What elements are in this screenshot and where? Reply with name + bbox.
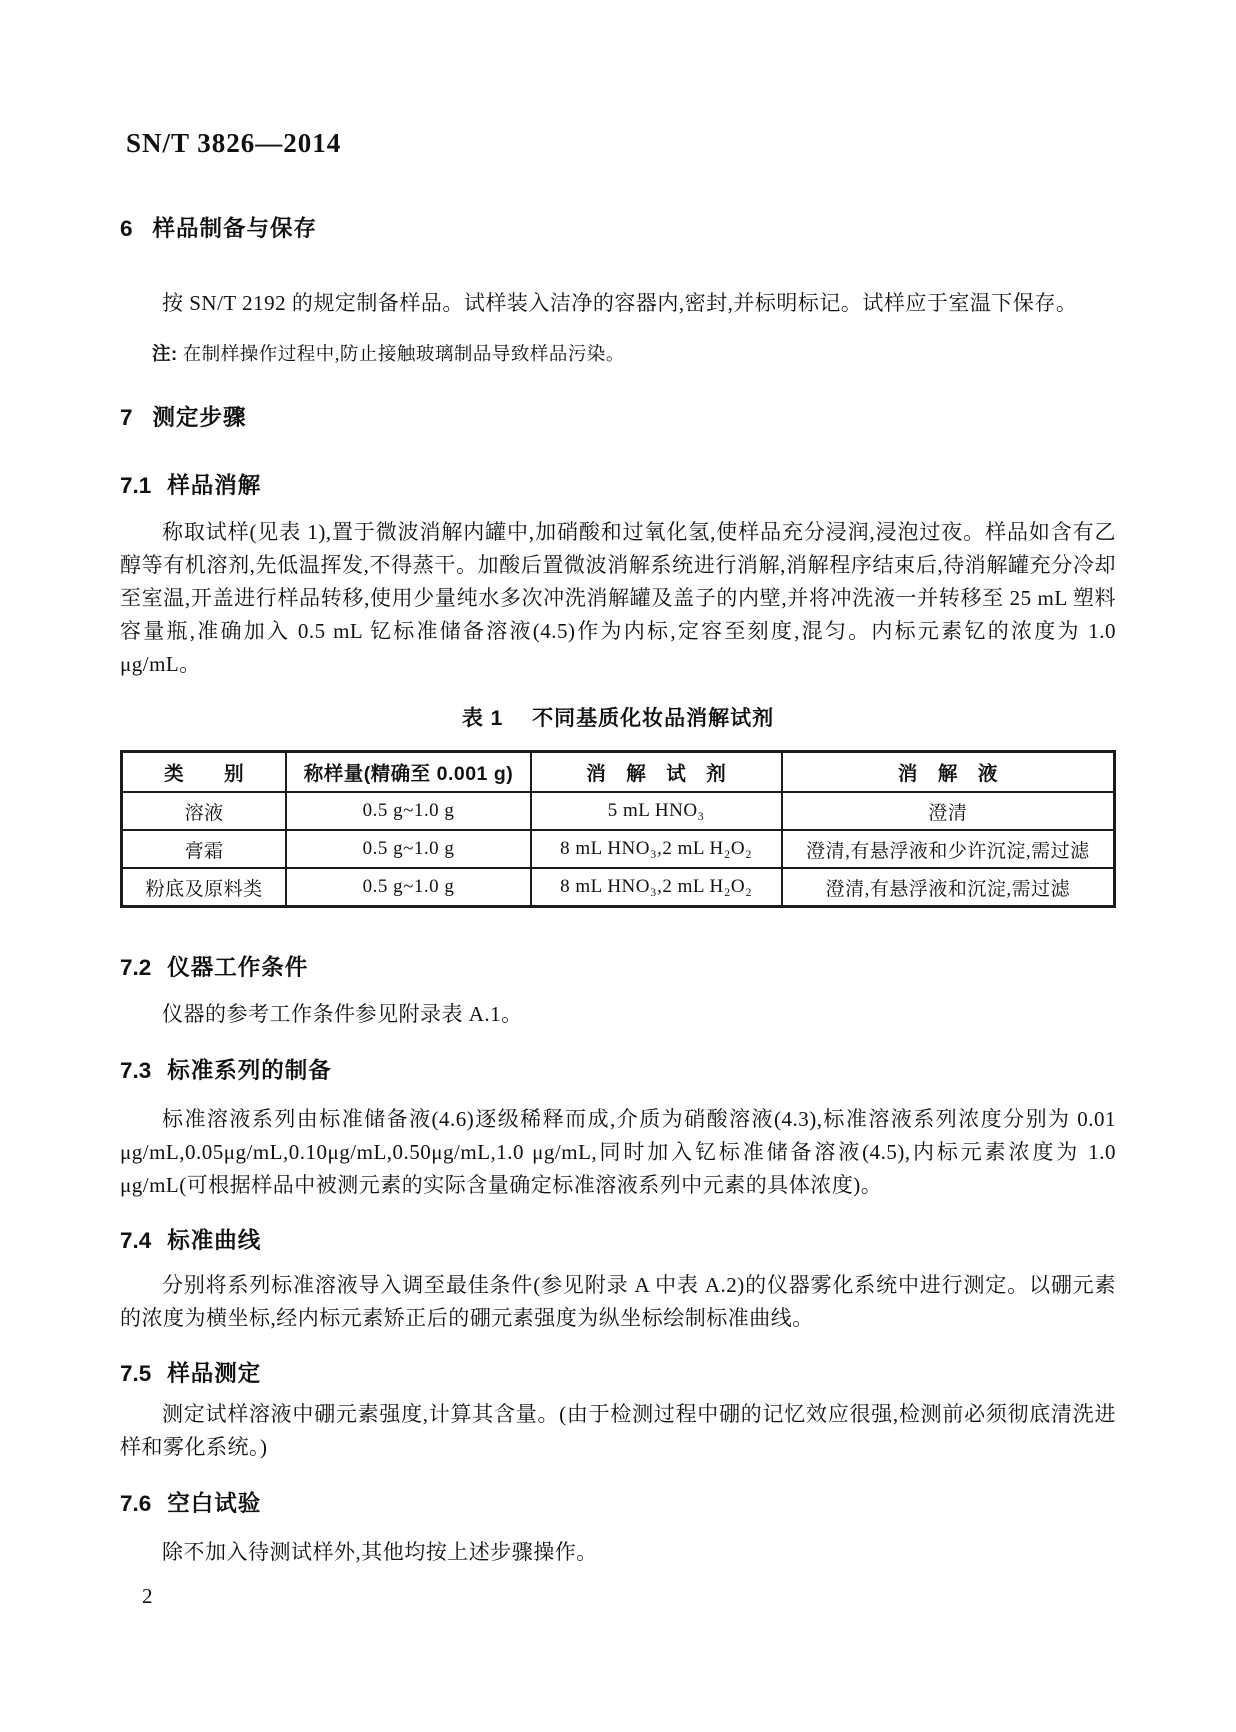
table-header-cell: 类 别	[122, 752, 287, 793]
section-7-1-heading: 7.1 样品消解	[120, 468, 1116, 500]
section-title: 仪器工作条件	[167, 950, 308, 982]
table-cell: 粉底及原料类	[122, 868, 287, 907]
table-caption-text: 不同基质化妆品消解试剂	[532, 707, 774, 730]
table-cell: 澄清,有悬浮液和少许沉淀,需过滤	[782, 830, 1115, 868]
section-number: 7.3	[120, 1058, 151, 1084]
section-number: 7.4	[120, 1228, 151, 1254]
table-cell: 澄清	[782, 792, 1115, 830]
section-number: 7.2	[120, 955, 151, 981]
section-title: 样品消解	[167, 468, 261, 500]
section-7-4-heading: 7.4 标准曲线	[120, 1223, 1116, 1255]
section-7-4-paragraph: 分别将系列标准溶液导入调至最佳条件(参见附录 A 中表 A.2)的仪器雾化系统中…	[120, 1269, 1116, 1335]
table-header-cell: 称样量(精确至 0.001 g)	[286, 752, 530, 793]
section-7-5-paragraph: 测定试样溶液中硼元素强度,计算其含量。(由于检测过程中硼的记忆效应很强,检测前必…	[120, 1398, 1116, 1464]
section-7-2-heading: 7.2 仪器工作条件	[120, 950, 1116, 982]
section-7-3-heading: 7.3 标准系列的制备	[120, 1053, 1116, 1085]
table-header-cell: 消 解 试 剂	[531, 752, 782, 793]
section-7-6-paragraph: 除不加入待测试样外,其他均按上述步骤操作。	[120, 1536, 1116, 1569]
table-cell: 0.5 g~1.0 g	[286, 868, 530, 907]
section-number: 6	[120, 216, 133, 242]
section-6-paragraph: 按 SN/T 2192 的规定制备样品。试样装入洁净的容器内,密封,并标明标记。…	[120, 287, 1116, 320]
table-1-caption: 表 1 不同基质化妆品消解试剂	[120, 702, 1116, 732]
table-cell: 8 mL HNO₃,2 mL H₂O₂	[531, 868, 782, 907]
table-cell: 膏霜	[122, 830, 287, 868]
section-number: 7	[120, 405, 133, 431]
section-number: 7.1	[120, 473, 151, 499]
section-6-note: 注: 在制样操作过程中,防止接触玻璃制品导致样品污染。	[152, 341, 1116, 368]
section-number: 7.5	[120, 1361, 151, 1387]
section-7-1-paragraph: 称取试样(见表 1),置于微波消解内罐中,加硝酸和过氧化氢,使样品充分浸润,浸泡…	[120, 516, 1116, 681]
page-number: 2	[142, 1584, 153, 1609]
section-title: 空白试验	[167, 1486, 261, 1518]
page-content: SN/T 3826—2014 6 样品制备与保存 按 SN/T 2192 的规定…	[120, 0, 1116, 1590]
note-text: 在制样操作过程中,防止接触玻璃制品导致样品污染。	[183, 345, 625, 365]
doc-code: SN/T 3826—2014	[126, 128, 1116, 159]
table-row: 膏霜 0.5 g~1.0 g 8 mL HNO₃,2 mL H₂O₂ 澄清,有悬…	[122, 830, 1115, 868]
section-7-5-heading: 7.5 样品测定	[120, 1356, 1116, 1388]
table-row: 粉底及原料类 0.5 g~1.0 g 8 mL HNO₃,2 mL H₂O₂ 澄…	[122, 868, 1115, 907]
table-cell: 溶液	[122, 792, 287, 830]
section-title: 标准系列的制备	[167, 1053, 332, 1085]
table-header-row: 类 别 称样量(精确至 0.001 g) 消 解 试 剂 消 解 液	[122, 752, 1115, 793]
section-number: 7.6	[120, 1491, 151, 1517]
section-title: 标准曲线	[167, 1223, 261, 1255]
note-label: 注:	[152, 343, 178, 364]
section-title: 样品制备与保存	[153, 211, 318, 243]
document-page: SN/T 3826—2014 6 样品制备与保存 按 SN/T 2192 的规定…	[0, 0, 1236, 1732]
table-cell: 0.5 g~1.0 g	[286, 830, 530, 868]
table-header-cell: 消 解 液	[782, 752, 1115, 793]
table-1: 类 别 称样量(精确至 0.001 g) 消 解 试 剂 消 解 液 溶液 0.…	[120, 750, 1116, 908]
section-title: 测定步骤	[153, 400, 247, 432]
table-cell: 0.5 g~1.0 g	[286, 792, 530, 830]
table-cell: 澄清,有悬浮液和沉淀,需过滤	[782, 868, 1115, 907]
table-cell: 8 mL HNO₃,2 mL H₂O₂	[531, 830, 782, 868]
table-caption-number: 表 1	[462, 707, 504, 730]
section-7-3-paragraph: 标准溶液系列由标准储备液(4.6)逐级稀释而成,介质为硝酸溶液(4.3),标准溶…	[120, 1103, 1116, 1202]
table-cell: 5 mL HNO₃	[531, 792, 782, 830]
section-7-2-paragraph: 仪器的参考工作条件参见附录表 A.1。	[120, 998, 1116, 1031]
section-7-heading: 7 测定步骤	[120, 400, 1116, 432]
table-row: 溶液 0.5 g~1.0 g 5 mL HNO₃ 澄清	[122, 792, 1115, 830]
section-title: 样品测定	[167, 1356, 261, 1388]
section-7-6-heading: 7.6 空白试验	[120, 1486, 1116, 1518]
section-6-heading: 6 样品制备与保存	[120, 211, 1116, 243]
